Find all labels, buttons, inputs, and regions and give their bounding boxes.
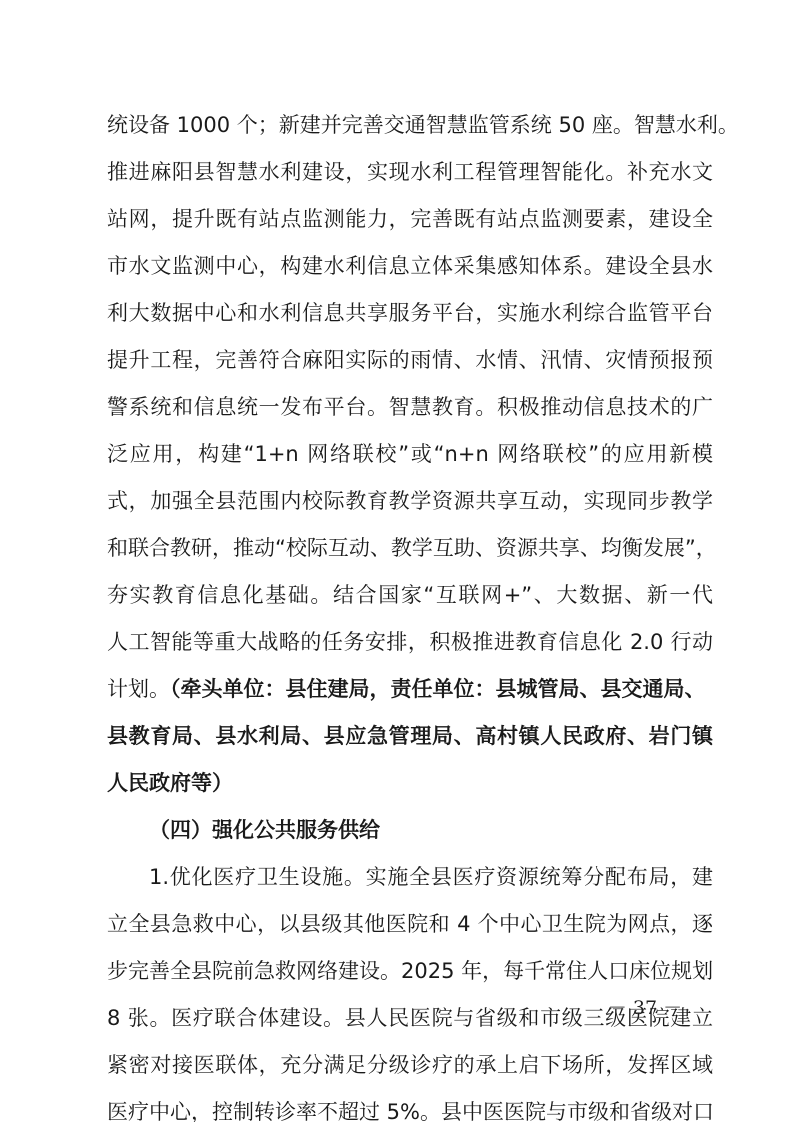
page-number: － 37 － bbox=[600, 993, 690, 1023]
body-line: 推进麻阳县智慧水利建设，实现水利工程管理智能化。补充水文 bbox=[107, 157, 713, 187]
responsibility-line-3: 人民政府等） bbox=[107, 768, 713, 798]
body-line: 步完善全县院前急救网络建设。2025 年，每千常住人口床位规划 bbox=[107, 956, 713, 986]
body-line: 式，加强全县范围内校际教育教学资源共享互动，实现同步教学 bbox=[107, 486, 713, 516]
body-line: 1.优化医疗卫生设施。实施全县医疗资源统筹分配布局，建 bbox=[149, 862, 713, 892]
responsibility-note: （牵头单位：县住建局，责任单位：县城管局、县交通局、 bbox=[170, 677, 706, 701]
responsibility-line-2: 县教育局、县水利局、县应急管理局、高村镇人民政府、岩门镇 bbox=[107, 721, 713, 751]
body-line: 和联合教研，推动“校际互动、教学互助、资源共享、均衡发展”， bbox=[107, 533, 713, 563]
responsibility-line-1: 计划。（牵头单位：县住建局，责任单位：县城管局、县交通局、 bbox=[107, 674, 713, 704]
body-line: 统设备 1000 个；新建并完善交通智慧监管系统 50 座。智慧水利。 bbox=[107, 110, 713, 140]
sentence-end: 计划。 bbox=[107, 677, 170, 701]
document-page: 统设备 1000 个；新建并完善交通智慧监管系统 50 座。智慧水利。 推进麻阳… bbox=[0, 0, 793, 1122]
body-line: 市水文监测中心，构建水利信息立体采集感知体系。建设全县水 bbox=[107, 251, 713, 281]
section-heading: （四）强化公共服务供给 bbox=[149, 815, 380, 845]
body-line: 夯实教育信息化基础。结合国家“互联网+”、大数据、新一代 bbox=[107, 580, 713, 610]
body-line: 利大数据中心和水利信息共享服务平台，实施水利综合监管平台 bbox=[107, 298, 713, 328]
body-line: 立全县急救中心，以县级其他医院和 4 个中心卫生院为网点，逐 bbox=[107, 909, 713, 939]
body-line: 紧密对接医联体，充分满足分级诊疗的承上启下场所，发挥区域 bbox=[107, 1050, 713, 1080]
body-line: 泛应用，构建“1+n 网络联校”或“n+n 网络联校”的应用新模 bbox=[107, 439, 713, 469]
body-line: 医疗中心，控制转诊率不超过 5%。县中医医院与市级和省级对口 bbox=[107, 1097, 713, 1122]
body-line: 站网，提升既有站点监测能力，完善既有站点监测要素，建设全 bbox=[107, 204, 713, 234]
body-line: 人工智能等重大战略的任务安排，积极推进教育信息化 2.0 行动 bbox=[107, 627, 713, 657]
body-line: 提升工程，完善符合麻阳实际的雨情、水情、汛情、灾情预报预 bbox=[107, 345, 713, 375]
body-line: 警系统和信息统一发布平台。智慧教育。积极推动信息技术的广 bbox=[107, 392, 713, 422]
